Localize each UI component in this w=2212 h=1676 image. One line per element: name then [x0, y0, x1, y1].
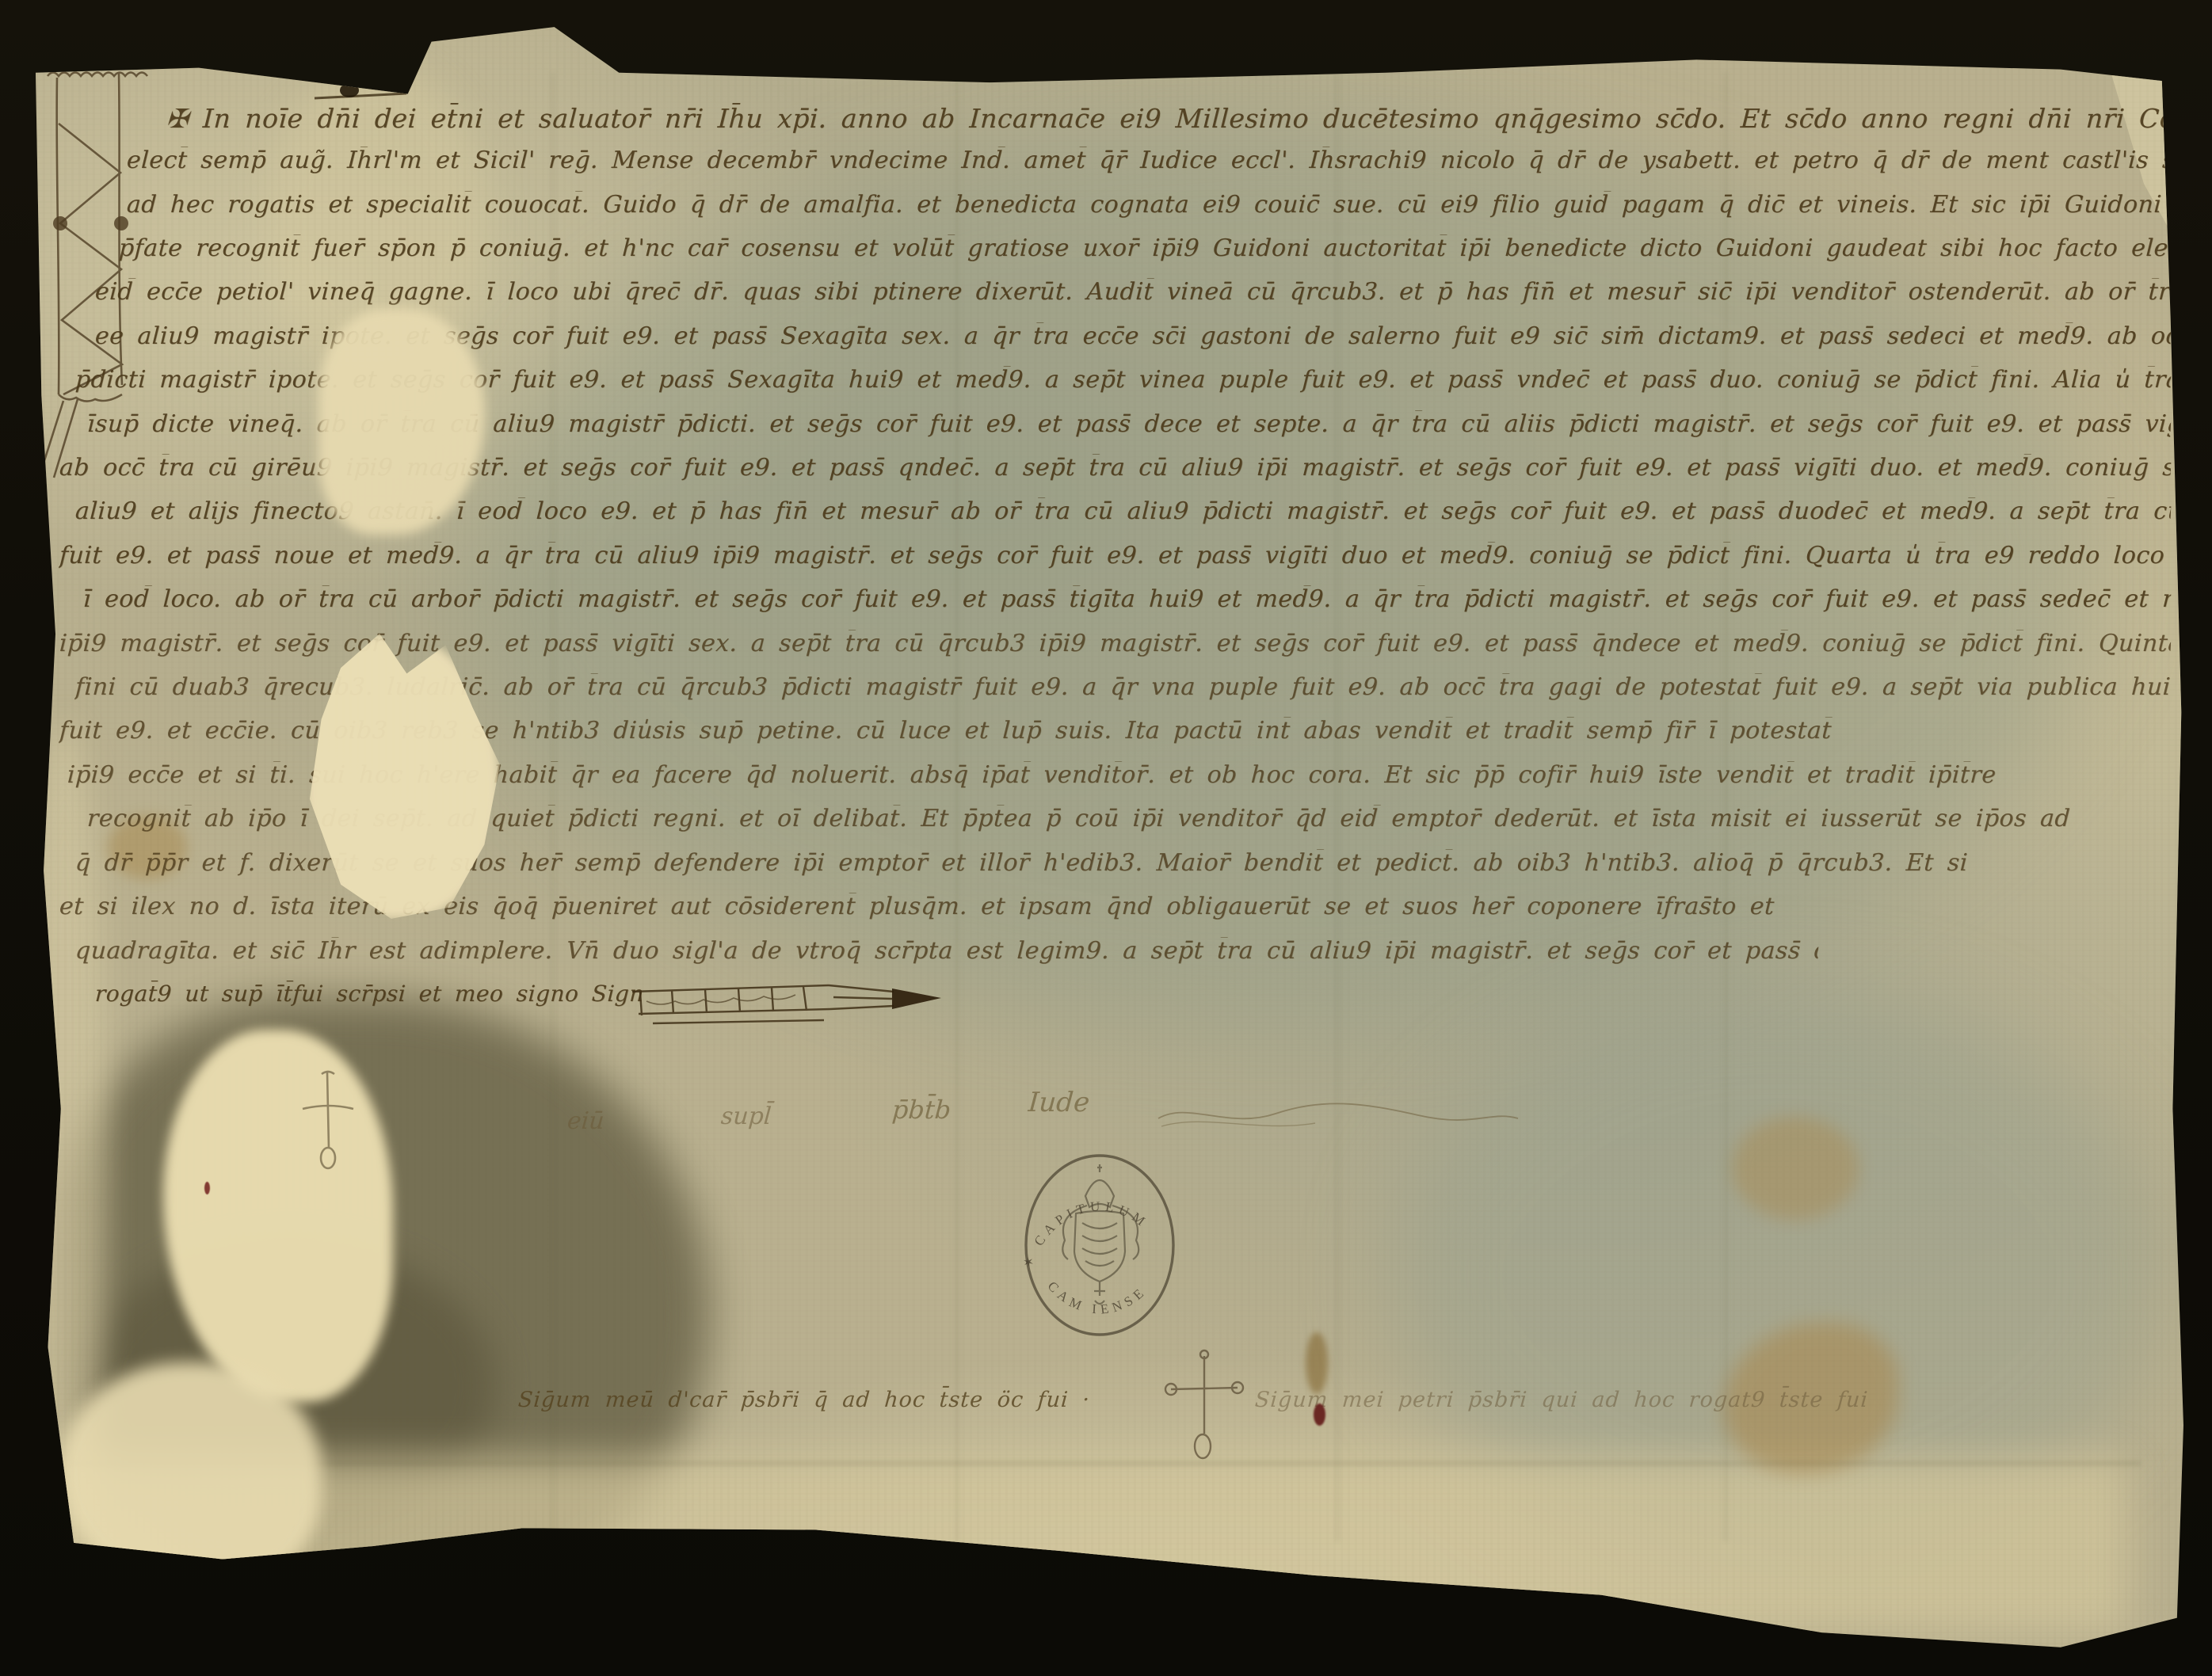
pen-trial-flourish — [1157, 1095, 1521, 1142]
text-line: p̄fate recognit̄ fuer̄ sp̄on p̄ coniuḡ. … — [118, 234, 2172, 262]
chapter-stamp: ✶ CAPITULUM CAM IENSE — [1016, 1147, 1184, 1347]
invocation-mark — [313, 81, 408, 105]
text-line: et si ilex no d. īsta iterū ex eis q̄oq̄… — [59, 893, 1882, 920]
text-line: ī eod̄ loco. ab or̄ t̄ra cū arbor̄ p̄dic… — [82, 585, 2172, 613]
text-line: ad hec rogatis et specialit̄ couocat̄. G… — [126, 191, 2172, 219]
text-line: elect̄ semp̄ aug̃. Ih̄rl'm et Sicil' reḡ… — [126, 147, 2172, 174]
notary-sign-pen — [631, 968, 948, 1047]
text-line: eid̄ ecc̄e petiol' vineq̄ gagne. ī loco … — [94, 278, 2172, 306]
attestation-left: Siḡum meū d'car̄ p̄sbr̄i q̄ ad hoc t̄ste… — [517, 1388, 1091, 1412]
text-line: fuit e9. et pass̄ noue et med̄9. a q̄r t… — [59, 542, 2172, 569]
attestation-right: Siḡum mei petri p̄sbr̄i qui ad hoc rogat… — [1254, 1388, 1869, 1412]
parchment-sheet: ✠ In noīe dn̄i dei et̄ni et saluator̄ nr… — [29, 24, 2183, 1655]
pen-trial-word: Iude — [1028, 1087, 1091, 1118]
ink-smear-brown — [1306, 1332, 1328, 1394]
notary-closing-line: rogat̄9 ut sup̄ īt̄fui scr̄psi et meo si… — [94, 981, 643, 1007]
stamp-legend-top: ✶ CAPITULUM — [1020, 1198, 1151, 1270]
pen-trial-cross — [301, 1069, 357, 1176]
red-wax-blot — [1314, 1404, 1325, 1426]
repair-patch-corner — [60, 1362, 322, 1592]
text-line: quadragīta. et sic̄ Ih̄r est adimplere. … — [74, 937, 1819, 965]
text-line: ✠ In noīe dn̄i dei et̄ni et saluator̄ nr… — [166, 103, 2172, 134]
stain-bottom-pale-band — [52, 1457, 2128, 1632]
svg-text:CAM IENSE: CAM IENSE — [1045, 1278, 1150, 1317]
pen-trial-word: eiū — [566, 1107, 605, 1135]
attestation-cross — [1165, 1348, 1244, 1467]
stain-amber-right-mid — [1732, 1117, 1859, 1220]
crease-horizontal — [71, 1461, 2140, 1465]
pen-trial-word: supl̄ — [720, 1103, 772, 1130]
stamp-legend-bottom: CAM IENSE — [1045, 1278, 1150, 1317]
manuscript-photo: ✠ In noīe dn̄i dei et̄ni et saluator̄ nr… — [0, 0, 2212, 1676]
pen-trial-word: p̄bt̄b — [891, 1095, 952, 1125]
svg-text:✶ CAPITULUM: ✶ CAPITULUM — [1020, 1198, 1151, 1270]
red-speck — [204, 1182, 210, 1194]
